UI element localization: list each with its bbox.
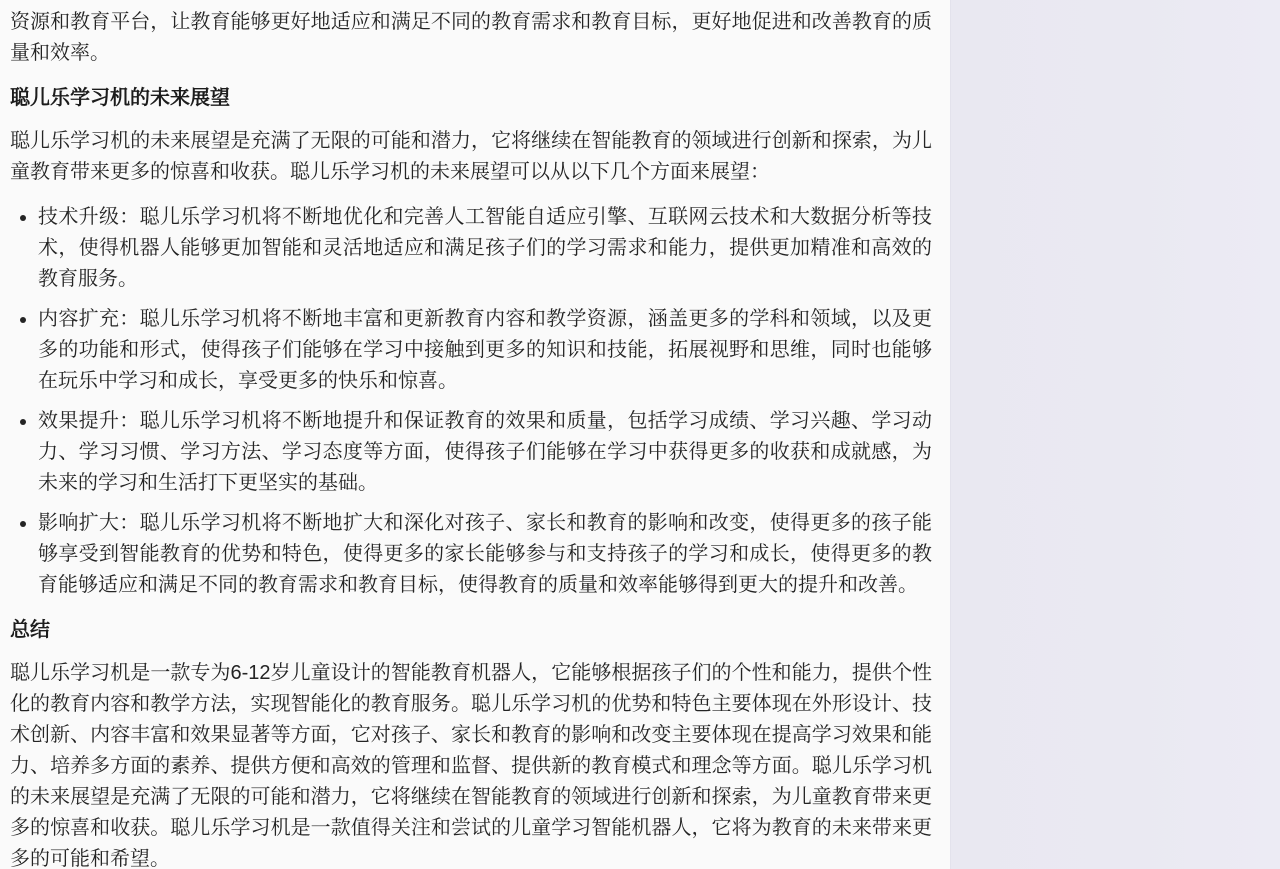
future-lead-paragraph: 聪儿乐学习机的未来展望是充满了无限的可能和潜力，它将继续在智能教育的领域进行创新… [10, 126, 932, 188]
intro-paragraph-tail: 资源和教育平台，让教育能够更好地适应和满足不同的教育需求和教育目标，更好地促进和… [10, 7, 932, 69]
summary-paragraph: 聪儿乐学习机是一款专为6-12岁儿童设计的智能教育机器人，它能够根据孩子们的个性… [10, 658, 932, 869]
section-heading-summary: 总结 [10, 615, 932, 646]
list-item: 效果提升：聪儿乐学习机将不断地提升和保证教育的效果和质量，包括学习成绩、学习兴趣… [38, 406, 932, 499]
page-root: 资源和教育平台，让教育能够更好地适应和满足不同的教育需求和教育目标，更好地促进和… [0, 0, 1280, 869]
future-bullet-list: 技术升级：聪儿乐学习机将不断地优化和完善人工智能自适应引擎、互联网云技术和大数据… [10, 202, 932, 601]
list-item: 技术升级：聪儿乐学习机将不断地优化和完善人工智能自适应引擎、互联网云技术和大数据… [38, 202, 932, 295]
empty-side-panel [950, 0, 1280, 869]
document-content: 资源和教育平台，让教育能够更好地适应和满足不同的教育需求和教育目标，更好地促进和… [0, 0, 950, 869]
list-item: 影响扩大：聪儿乐学习机将不断地扩大和深化对孩子、家长和教育的影响和改变，使得更多… [38, 508, 932, 601]
list-item: 内容扩充：聪儿乐学习机将不断地丰富和更新教育内容和教学资源，涵盖更多的学科和领域… [38, 304, 932, 397]
section-heading-future: 聪儿乐学习机的未来展望 [10, 83, 932, 114]
